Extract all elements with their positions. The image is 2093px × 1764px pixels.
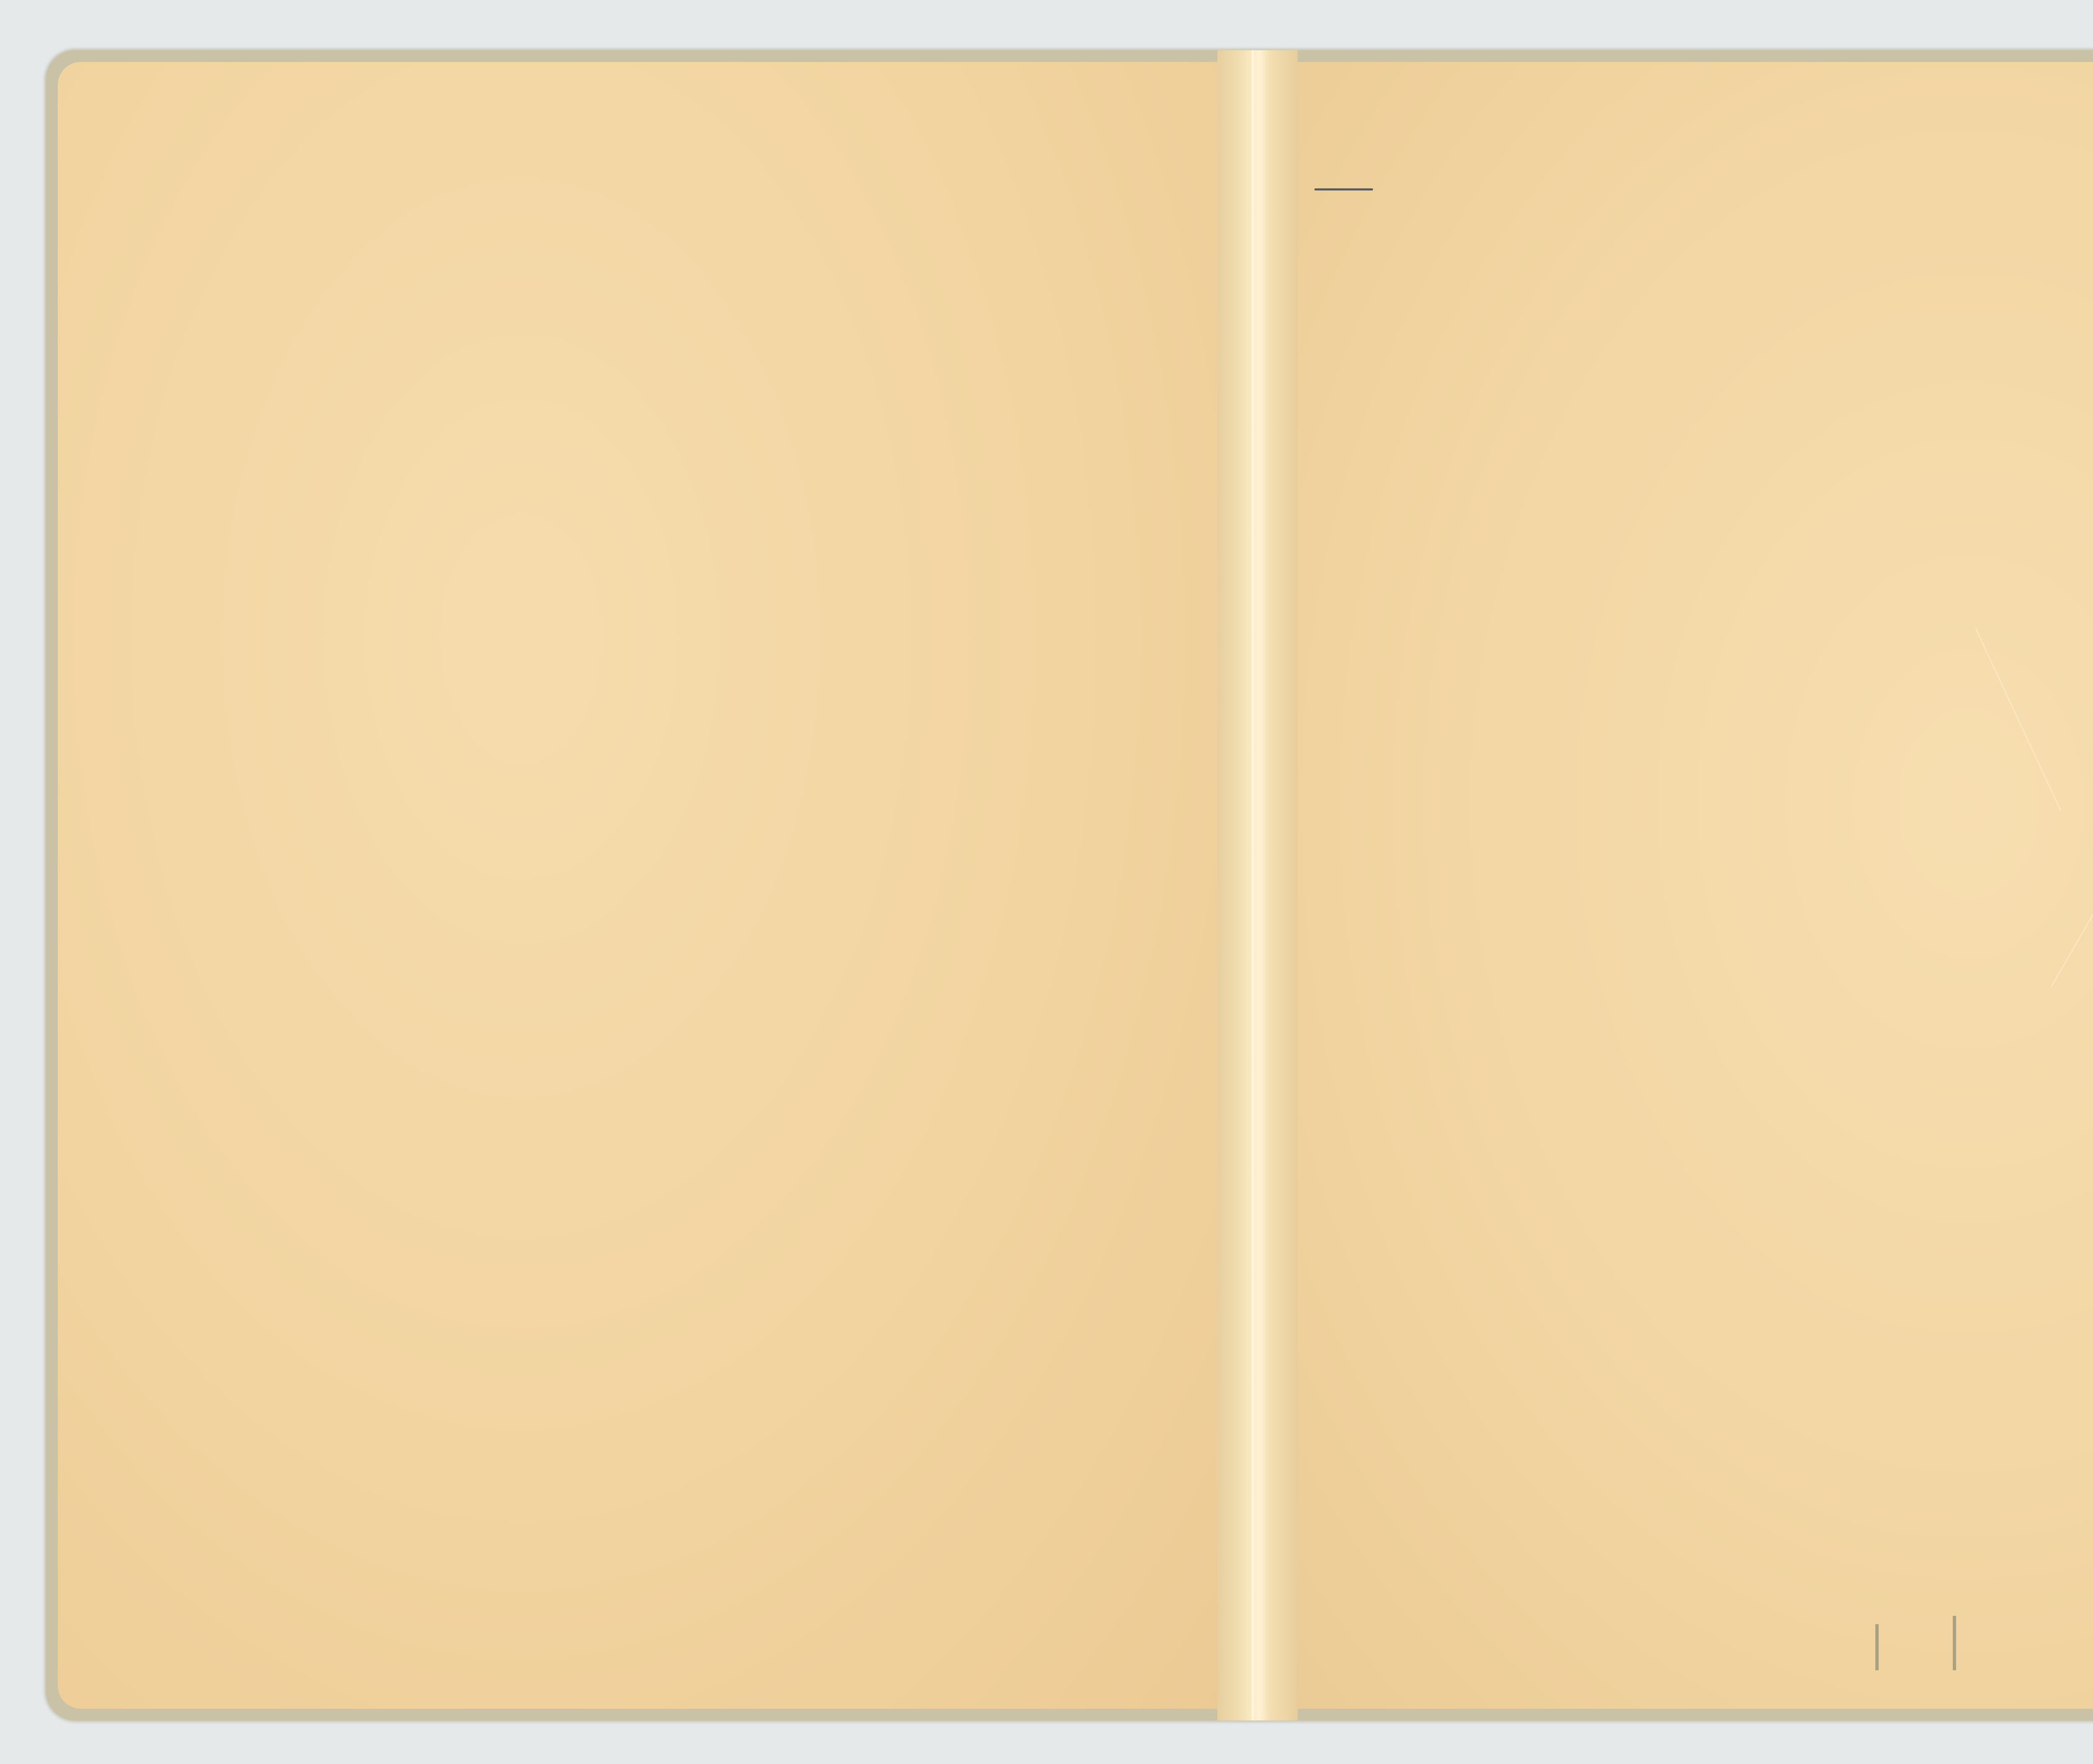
right-panel xyxy=(1298,62,2093,1709)
left-panel xyxy=(58,62,1217,1709)
spine-crease-line xyxy=(1252,50,1254,1720)
pencil-dash-mark xyxy=(1314,188,1373,190)
pencil-tick-mark xyxy=(1953,1616,1956,1670)
card-spine-fold xyxy=(1217,50,1298,1720)
pencil-tick-mark xyxy=(1875,1624,1879,1670)
folded-card xyxy=(46,50,2093,1720)
